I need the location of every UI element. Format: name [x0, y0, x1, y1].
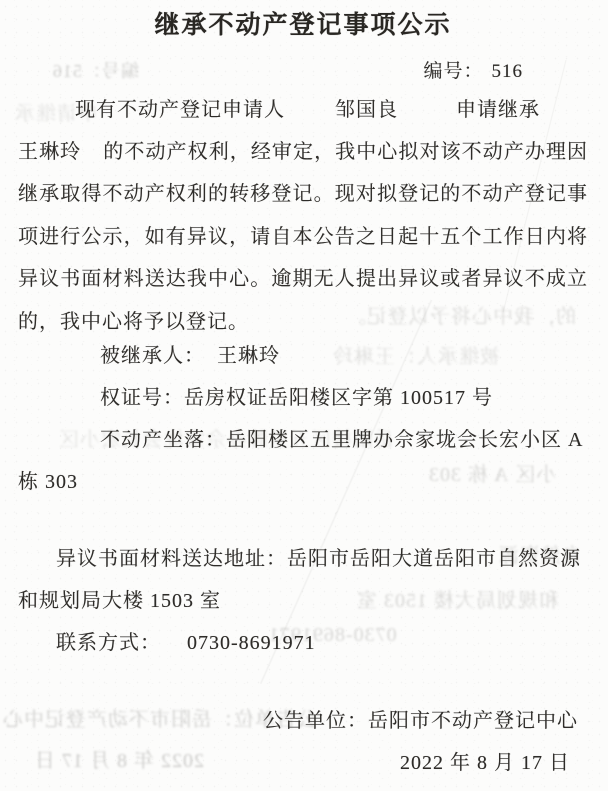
- contact-phone: 联系方式：0730-8691971: [18, 628, 588, 658]
- field-decedent-value: 王琳玲: [217, 345, 280, 367]
- body-line-1-prefix: 现有不动产登记申请人: [75, 99, 285, 121]
- field-decedent: 被继承人：王琳玲: [100, 341, 588, 371]
- announcing-unit: 公告单位：岳阳市不动产登记中心: [263, 706, 578, 736]
- body-line-5: 异议书面材料送达我中心。逾期无人提出异议或者异议不成立: [18, 264, 588, 294]
- field-cert-number-value: 岳房权证岳阳楼区字第 100517 号: [184, 387, 493, 409]
- applicant-name: 邹国良: [335, 99, 398, 121]
- announcing-unit-label: 公告单位：: [263, 710, 368, 732]
- decedent-name-inline: 王琳玲: [18, 141, 81, 163]
- objection-address-line-2: 和规划局大楼 1503 室: [18, 586, 588, 616]
- field-cert-number: 权证号：岳房权证岳阳楼区字第 100517 号: [100, 383, 588, 413]
- field-cert-number-label: 权证号：: [100, 387, 184, 409]
- objection-address-value: 岳阳市岳阳大道岳阳市自然资源: [287, 548, 581, 570]
- field-property-location-wrap: 栋 303: [18, 467, 588, 497]
- objection-address-line-1: 异议书面材料送达地址：岳阳市岳阳大道岳阳市自然资源: [18, 544, 588, 574]
- bleedthrough-date: 2022 年 8 月 17 日: [34, 744, 204, 773]
- scanned-notice-page: 编号：516 申请继承 的，我中心将予以登记。 被继承人：王琳玲 岳阳楼区五里牌…: [0, 0, 608, 791]
- field-property-location: 不动产坐落：岳阳楼区五里牌办佘家垅会长宏小区 A: [100, 425, 588, 455]
- doc-number: 编号：516: [423, 57, 523, 87]
- contact-phone-number: 0730-8691971: [187, 632, 316, 654]
- body-line-1: 现有不动产登记申请人邹国良申请继承: [18, 95, 588, 125]
- body-line-2: 王琳玲的不动产权利，经审定，我中心拟对该不动产办理因: [18, 137, 588, 167]
- bleedthrough-doc-number: 编号：516: [52, 57, 139, 83]
- body-line-6: 的，我中心将予以登记。: [18, 307, 588, 337]
- doc-number-value: 516: [492, 61, 524, 82]
- notice-title: 继承不动产登记事项公示: [18, 10, 588, 40]
- contact-phone-label: 联系方式：: [56, 632, 161, 654]
- body-line-3: 继承取得不动产权利的转移登记。现对拟登记的不动产登记事: [18, 179, 588, 209]
- field-property-location-label: 不动产坐落：: [100, 429, 226, 451]
- doc-number-label: 编号：: [423, 61, 483, 82]
- body-line-4: 项进行公示，如有异议，请自本公告之日起十五个工作日内将: [18, 222, 588, 252]
- field-property-location-value: 岳阳楼区五里牌办佘家垅会长宏小区 A: [226, 429, 583, 451]
- notice-date: 2022 年 8 月 17 日: [400, 748, 570, 778]
- objection-address-label: 异议书面材料送达地址：: [56, 548, 287, 570]
- field-decedent-label: 被继承人：: [100, 345, 205, 367]
- body-line-2-rest: 的不动产权利，经审定，我中心拟对该不动产办理因: [103, 141, 588, 163]
- announcing-unit-value: 岳阳市不动产登记中心: [368, 710, 578, 732]
- body-line-1-suffix: 申请继承: [456, 99, 540, 121]
